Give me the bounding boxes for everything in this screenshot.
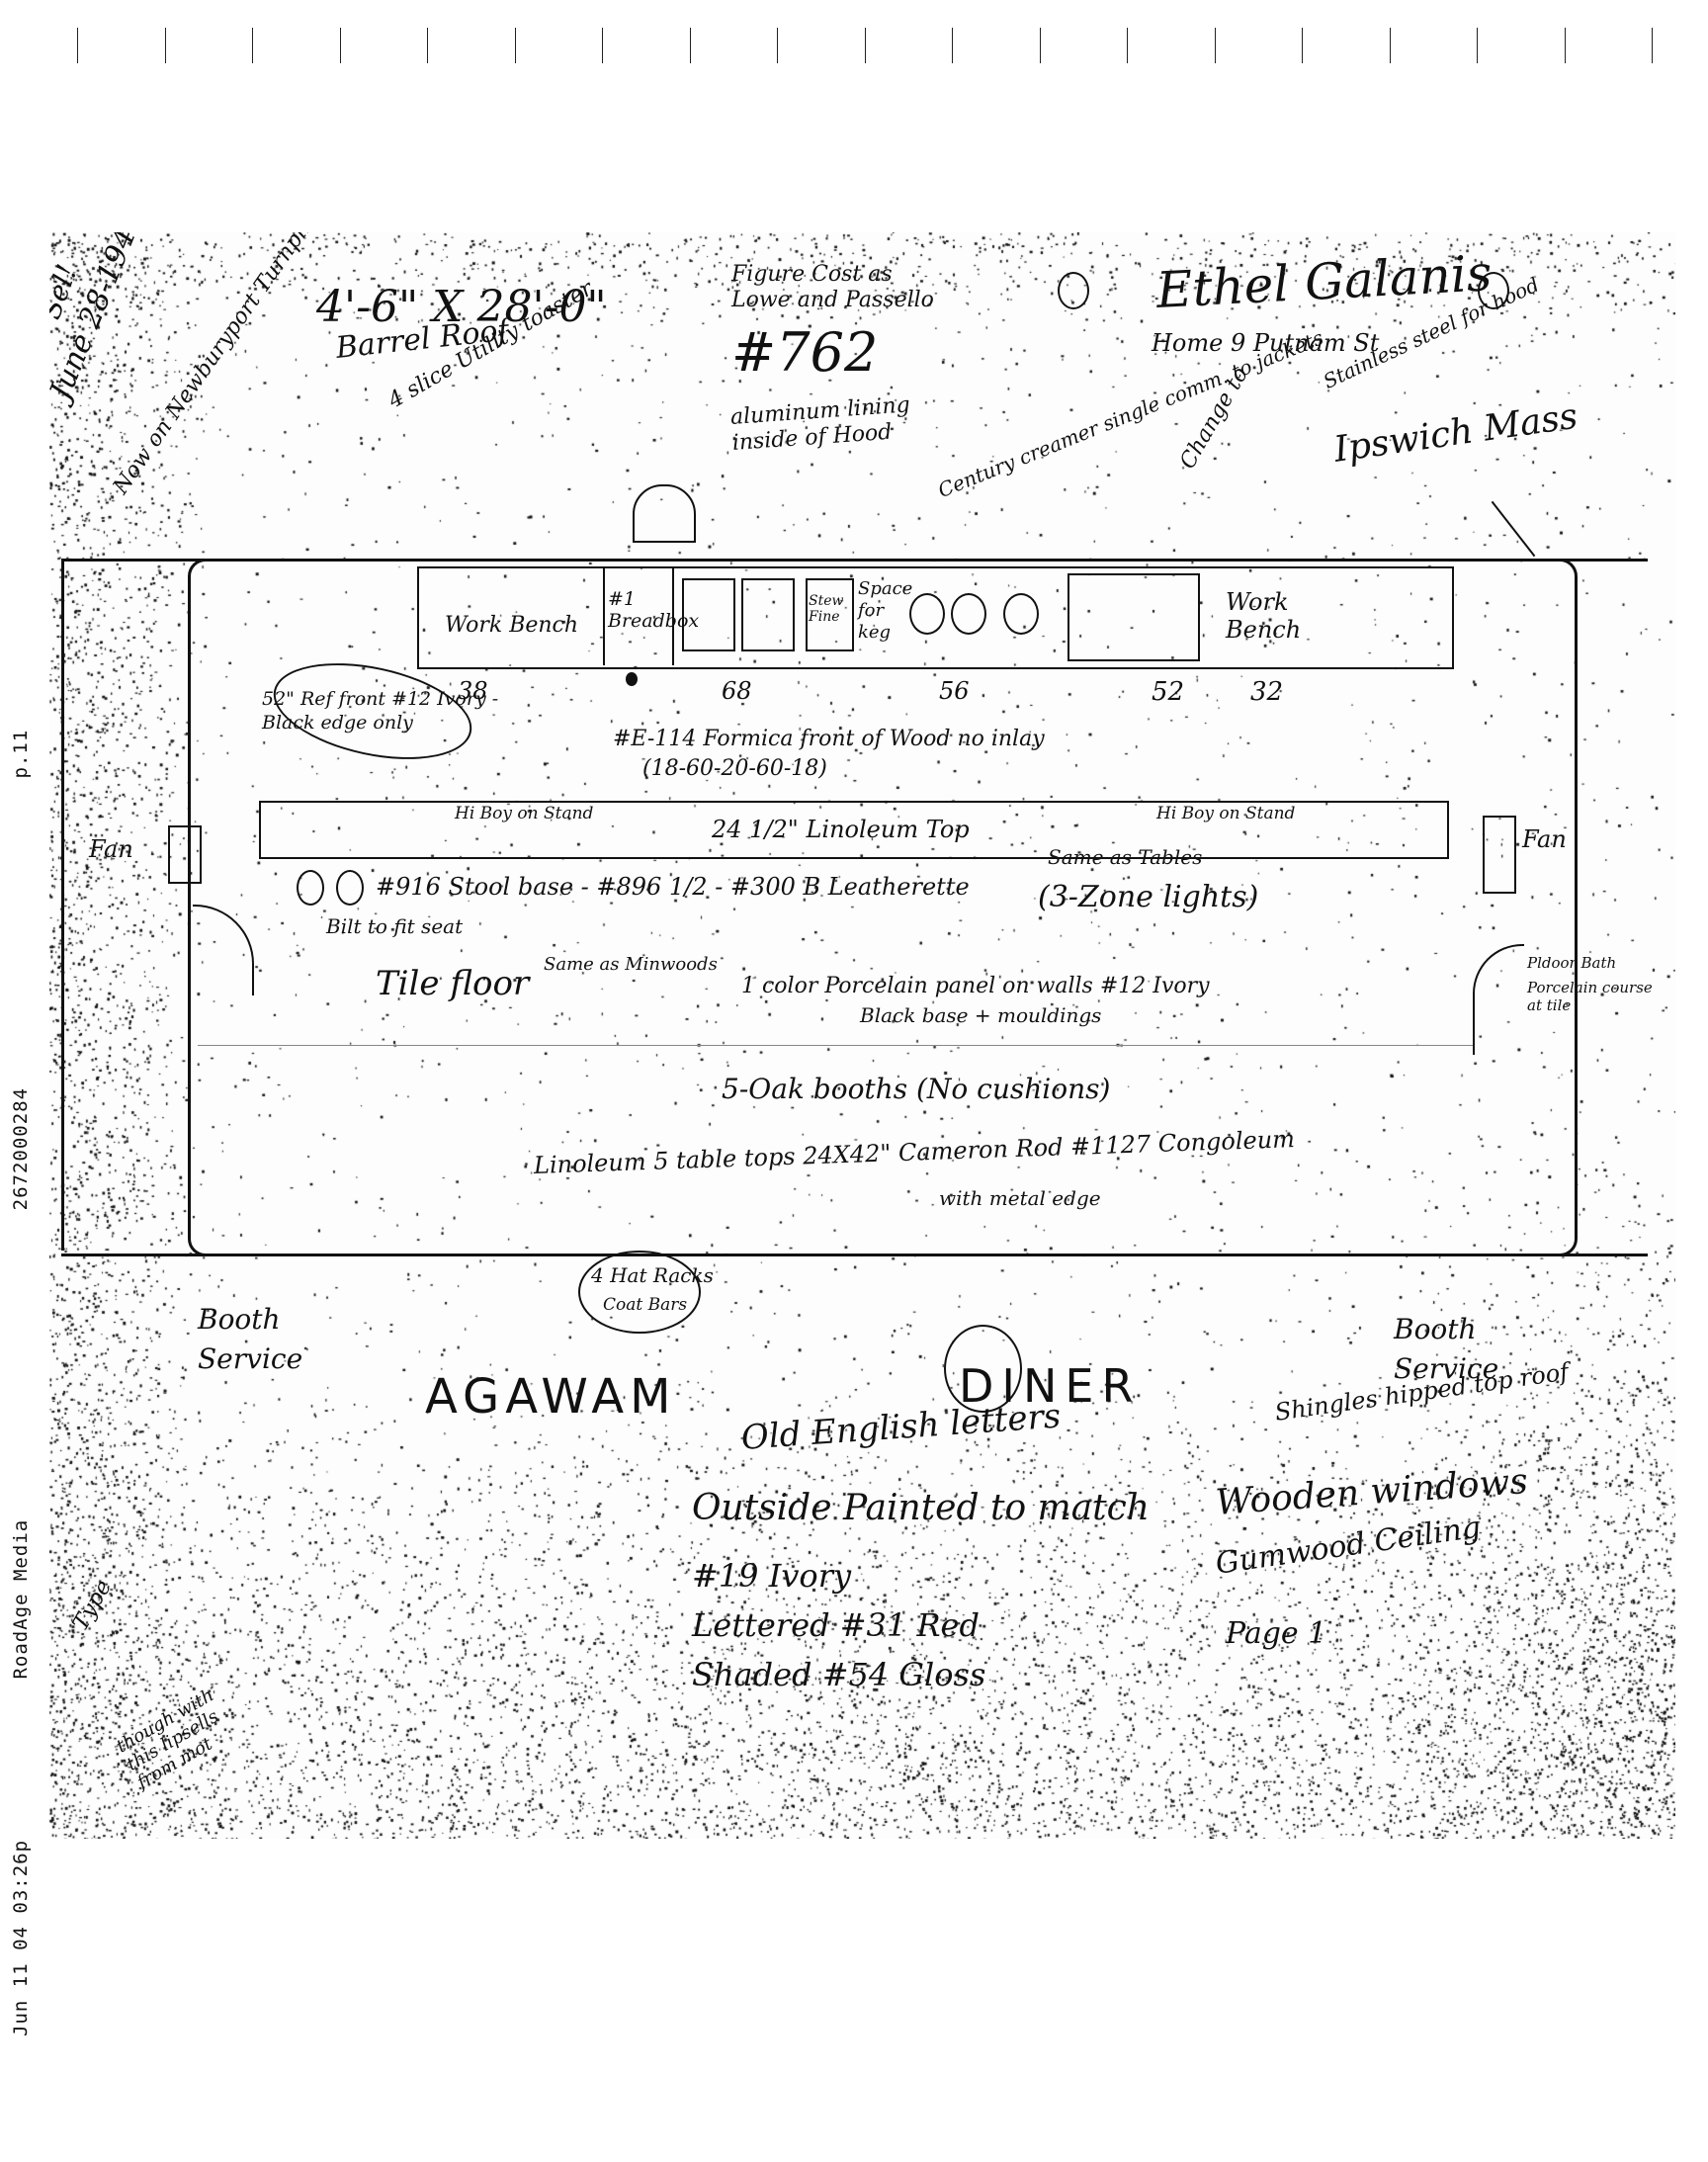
registration-tick [690, 28, 691, 63]
right-note-2: Porcelain course at tile [1527, 979, 1656, 1014]
registration-tick [952, 28, 953, 63]
diner-number: #762 [731, 321, 878, 384]
stool-sub: Bilt to fit seat [326, 914, 463, 938]
paint-shaded: Shaded #54 Gloss [692, 1656, 985, 1693]
fan-left [168, 825, 202, 884]
urn [909, 593, 945, 635]
refrigerator-note: 52" Ref front #12 Ivory - Black edge onl… [262, 687, 519, 735]
back-bar-breadbox: #1 Breadbox [608, 588, 677, 632]
measurement-32: 32 [1250, 677, 1283, 707]
fan-right-label: Fan [1522, 825, 1567, 853]
wall-sub: Black base + mouldings [860, 1003, 1101, 1027]
back-bar-stew: Stew Fine [809, 593, 848, 625]
back-bar-work-bench-left: Work Bench [445, 613, 578, 638]
stool [297, 870, 324, 906]
wall-note: 1 color Porcelain panel on walls #12 Ivo… [741, 974, 1210, 998]
measurement-56: 56 [939, 677, 970, 705]
lights-note: (3-Zone lights) [1038, 880, 1258, 914]
fax-page-number: p.11 [10, 730, 32, 779]
right-note-1: Pldoor Bath [1527, 954, 1616, 972]
divider [603, 566, 605, 665]
stool-note: #916 Stool base - #896 1/2 - #300 B Leat… [376, 873, 970, 901]
hood-symbol [633, 484, 696, 543]
hat-racks: 4 Hat Racks [591, 1263, 714, 1287]
outside-note: Outside Painted to match [692, 1488, 1150, 1528]
fax-sender: RoadAge Media [10, 1519, 32, 1680]
tables-sub: with metal edge [939, 1186, 1101, 1210]
hi-boy-right: Hi Boy on Stand [1156, 804, 1295, 823]
registration-tick [340, 28, 341, 63]
page-note: Page 1 [1226, 1616, 1326, 1651]
booth-service-left: Booth Service [198, 1300, 287, 1379]
range-grill [1067, 573, 1200, 661]
paint-red: Lettered #31 Red [692, 1606, 980, 1644]
left-end-wall [61, 559, 64, 1251]
registration-tick [1565, 28, 1566, 63]
measurement-68: 68 [722, 677, 752, 705]
registration-tick [1302, 28, 1303, 63]
divider [672, 566, 674, 665]
figure-cost-note: Figure Cost as Lowe and Passello [731, 262, 949, 313]
fax-date-time: Jun 11 04 03:26p [10, 1840, 32, 2036]
coat-bars: Coat Bars [603, 1295, 687, 1315]
counter-note: 24 1/2" Linoleum Top [712, 816, 970, 843]
formica-dims: (18-60-20-60-18) [642, 756, 827, 781]
equipment-cell [741, 578, 795, 651]
registration-tick [165, 28, 166, 63]
back-bar-work-bench-right: Work Bench [1226, 588, 1305, 644]
registration-tick [602, 28, 603, 63]
registration-tick [1040, 28, 1041, 63]
registration-tick [1477, 28, 1478, 63]
registration-tick [1215, 28, 1216, 63]
scanned-floor-plan: Sel! June 28-1940 Now on Newburyport Tur… [49, 232, 1675, 1839]
sign-agawam: AGAWAM [425, 1369, 676, 1425]
fax-phone: 2672000284 [10, 1087, 32, 1210]
registration-tick [1652, 28, 1653, 63]
fan-right [1483, 816, 1516, 894]
urn [951, 593, 986, 635]
fax-header: Jun 11 04 03:26p RoadAge Media 267200028… [10, 59, 32, 2036]
floor-sub: Same as Minwoods [544, 954, 718, 975]
booths-note: 5-Oak booths (No cushions) [722, 1073, 1110, 1105]
formica-note: #E-114 Formica front of Wood no inlay [613, 727, 1045, 751]
registration-tick [865, 28, 866, 63]
back-bar-keg-space: Space for keg [858, 578, 907, 644]
measurement-52: 52 [1152, 677, 1184, 707]
booth-line [198, 1045, 1473, 1046]
registration-tick [777, 28, 778, 63]
hole-punch-mark [1058, 272, 1089, 309]
same-as-tables: Same as Tables [1048, 845, 1202, 869]
fan-left-label: Fan [89, 835, 133, 863]
paint-ivory: #19 Ivory [692, 1557, 851, 1595]
registration-tick [427, 28, 428, 63]
dot-mark [626, 672, 638, 686]
registration-tick [252, 28, 253, 63]
urn [1003, 593, 1039, 635]
registration-tick [515, 28, 516, 63]
equipment-cell [682, 578, 735, 651]
registration-tick [1127, 28, 1128, 63]
stool [336, 870, 364, 906]
floor-note: Tile floor [376, 964, 529, 1003]
hi-boy-left: Hi Boy on Stand [455, 804, 593, 823]
registration-tick [77, 28, 78, 63]
registration-tick [1390, 28, 1391, 63]
